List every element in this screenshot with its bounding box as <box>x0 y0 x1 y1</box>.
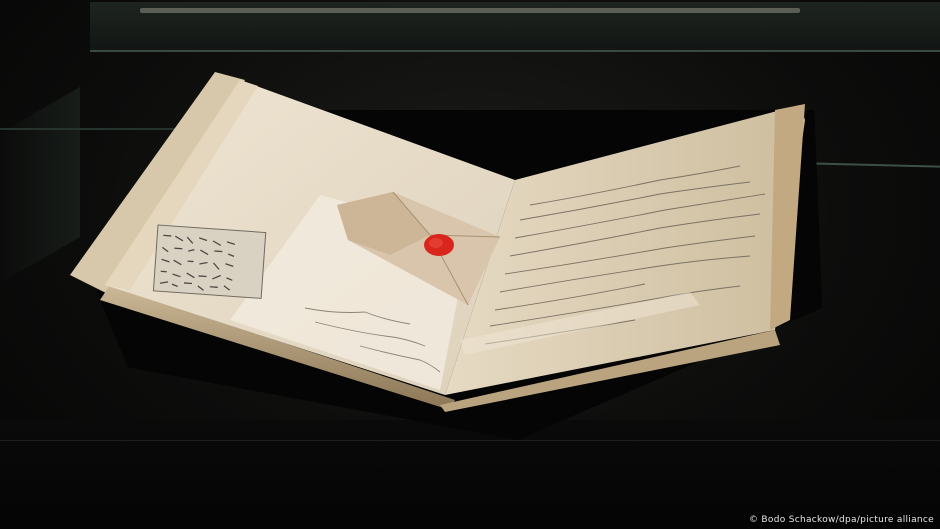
right-page <box>445 105 805 395</box>
photo-scene: © Bodo Schackow/dpa/picture alliance <box>0 0 940 529</box>
manuscript-book <box>0 0 940 529</box>
photo-credit: © Bodo Schackow/dpa/picture alliance <box>749 515 934 525</box>
cipher-block <box>153 225 265 298</box>
